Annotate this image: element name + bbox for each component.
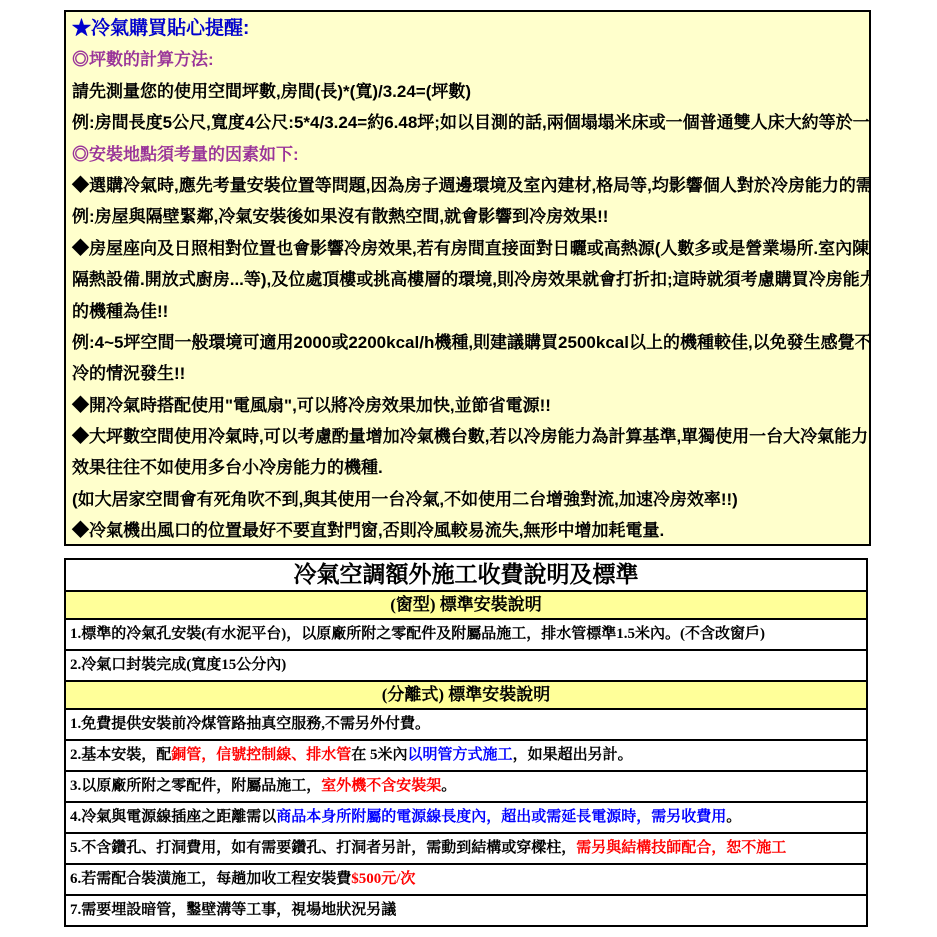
fee-row-text: 5.不含鑽孔、打洞費用，如有需要鑽孔、打洞者另計，需動到結構或穿樑柱， [70,840,576,856]
fee-row: 5.不含鑽孔、打洞費用，如有需要鑽孔、打洞者另計，需動到結構或穿樑柱，需另與結構… [66,832,866,863]
fee-row: 1.標準的冷氣孔安裝(有水泥平台)，以原廠所附之零配件及附屬品施工，排水管標準1… [66,618,866,649]
fee-row: 2.冷氣口封裝完成(寬度15公分內) [66,649,866,680]
fee-row: 6.若需配合裝潢施工，每趟加收工程安裝費$500元/次 [66,863,866,894]
fee-row-text-blue: 以明管方式施工 [408,747,513,763]
tips-section-heading: ◎坪數的計算方法: [72,44,863,75]
fee-row-text: 2.基本安裝，配 [70,747,171,763]
fee-row-text: 1.免費提供安裝前冷煤管路抽真空服務,不需另外付費。 [70,716,430,732]
tips-section-heading: ◎安裝地點須考量的因素如下: [72,139,863,170]
tips-line: 隔熱設備.開放式廚房...等),及位處頂樓或挑高樓層的環境,則冷房效果就會打折扣… [72,264,863,295]
tips-line: 例:4~5坪空間一般環境可適用2000或2200kcal/h機種,則建議購買25… [72,327,863,358]
fee-row-text-red: 銅管，信號控制線、排水管 [171,747,351,763]
fee-row-text: 2.冷氣口封裝完成(寬度15公分內) [70,657,286,673]
fee-row: 1.免費提供安裝前冷煤管路抽真空服務,不需另外付費。 [66,708,866,739]
fee-table-title: 冷氣空調額外施工收費說明及標準 [66,560,866,590]
fee-section-header: (窗型) 標準安裝說明 [66,590,866,618]
fee-row-text: 3.以原廠所附之零配件，附屬品施工， [70,778,321,794]
fee-row-text: 。 [441,778,456,794]
fee-row: 3.以原廠所附之零配件，附屬品施工，室外機不含安裝架。 [66,770,866,801]
fee-row: 7.需要埋設暗管，鑿壁溝等工事，視場地狀況另議 [66,894,866,925]
fee-row-text-red: $500元/次 [351,871,415,887]
fee-row-text-blue: 商品本身所附屬的電源線長度內，超出或需延長電源時，需另收費用 [276,809,726,825]
tips-line: 例:房間長度5公尺,寬度4公尺:5*4/3.24=約6.48坪;如以目測的話,兩… [72,107,863,138]
tips-line: ◆房屋座向及日照相對位置也會影響冷房效果,若有房間直接面對日曬或高熱源(人數多或… [72,233,863,264]
fee-row: 2.基本安裝，配銅管，信號控制線、排水管在 5米內以明管方式施工，如果超出另計。 [66,739,866,770]
fee-row-text: 在 5米內 [351,747,407,763]
tips-line: 請先測量您的使用空間坪數,房間(長)*(寬)/3.24=(坪數) [72,76,863,107]
fee-row-text-red: 需另與結構技師配合，恕不施工 [576,840,786,856]
fee-row-text: 7.需要埋設暗管，鑿壁溝等工事，視場地狀況另議 [70,902,396,918]
tips-line: 效果往往不如使用多台小冷房能力的機種. [72,452,863,483]
tips-line: (如大居家空間會有死角吹不到,與其使用一台冷氣,不如使用二台增強對流,加速冷房效… [72,484,863,515]
ac-purchase-tips-panel: ★冷氣購買貼心提醒: ◎坪數的計算方法:請先測量您的使用空間坪數,房間(長)*(… [64,10,871,546]
tips-line: ◆開冷氣時搭配使用"電風扇",可以將冷房效果加快,並節省電源!! [72,390,863,421]
tips-line: 冷的情況發生!! [72,358,863,389]
tips-line: ◆選購冷氣時,應先考量安裝位置等問題,因為房子週邊環境及室內建材,格局等,均影響… [72,170,863,201]
tips-panel-title: ★冷氣購買貼心提醒: [72,13,863,44]
tips-line: ◆大坪數空間使用冷氣時,可以考慮酌量增加冷氣機台數,若以冷房能力為計算基準,單獨… [72,421,863,452]
fee-row-text: 4.冷氣與電源線插座之距離需以 [70,809,276,825]
fee-row-text: 。 [726,809,741,825]
fee-row-text-red: 室外機不含安裝架 [321,778,441,794]
fee-row-text: 6.若需配合裝潢施工，每趟加收工程安裝費 [70,871,351,887]
fee-row-text: ，如果超出另計。 [513,747,633,763]
fee-section-header: (分離式) 標準安裝說明 [66,680,866,708]
installation-fee-table: 冷氣空調額外施工收費說明及標準 (窗型) 標準安裝說明1.標準的冷氣孔安裝(有水… [64,558,868,927]
fee-sections-container: (窗型) 標準安裝說明1.標準的冷氣孔安裝(有水泥平台)，以原廠所附之零配件及附… [66,590,866,925]
tips-lines-container: ◎坪數的計算方法:請先測量您的使用空間坪數,房間(長)*(寬)/3.24=(坪數… [72,44,863,546]
tips-line: 例:房屋與隔壁緊鄰,冷氣安裝後如果沒有散熱空間,就會影響到冷房效果!! [72,201,863,232]
tips-line: 的機種為佳!! [72,296,863,327]
fee-row-text: 1.標準的冷氣孔安裝(有水泥平台)，以原廠所附之零配件及附屬品施工，排水管標準1… [70,626,765,642]
fee-row: 4.冷氣與電源線插座之距離需以商品本身所附屬的電源線長度內，超出或需延長電源時，… [66,801,866,832]
tips-line: ◆冷氣機出風口的位置最好不要直對門窗,否則冷風較易流失,無形中增加耗電量. [72,515,863,546]
